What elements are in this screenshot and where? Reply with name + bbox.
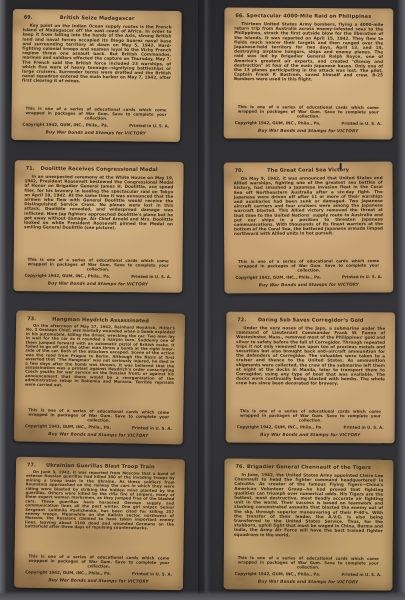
printed-in-usa-text: Printed in U. S. A. — [344, 425, 384, 430]
card-body-text: On the afternoon of May 27, 1942, Reinha… — [25, 324, 175, 390]
victory-slogan: Buy War Bonds and Stamps for VICTORY — [234, 578, 383, 584]
victory-slogan: Buy War Bonds and Stamps for VICTORY — [234, 282, 383, 288]
card-body-text: On May 9, 1942, it was announced that Un… — [234, 176, 383, 237]
sleeve-center-seam — [198, 0, 213, 600]
series-note: This is one of a series of educational c… — [24, 554, 173, 570]
card-header: 76. Brigadier General Chennault of the T… — [234, 464, 383, 471]
series-note: This is one of a series of educational c… — [236, 409, 385, 423]
card-73-hangman-heydrich-assassinated: 73. Hangman Heydrich Assassinated On the… — [14, 310, 185, 444]
card-body-text: On June 3, 1942, it was reported from Mo… — [25, 470, 175, 531]
card-77-ukrainian-guerillas-troop-train: 77. Ukrainian Guerillas Blast Troop Trai… — [14, 457, 185, 591]
card-footer: This is one of a series of educational c… — [23, 257, 172, 287]
card-footer: This is one of a series of educational c… — [21, 106, 170, 136]
card-footer: This is one of a series of educational c… — [24, 554, 173, 584]
card-body-text: In an unexpected ceremony at the White H… — [24, 174, 174, 231]
card-body-text: In June, 1942, the United States Army ap… — [234, 472, 384, 538]
card-number: 71. — [26, 166, 35, 172]
card-body-text: Key point on the Indian Ocean supply rou… — [22, 23, 172, 85]
printed-in-usa-text: Printed in U. S. A. — [341, 121, 381, 126]
card-body-text: Thirteen United States Army bombers, fly… — [234, 22, 383, 83]
printed-in-usa-text: Printed in U. S. A. — [341, 572, 381, 577]
card-album-page: 69. British Seize Madagascar Key point o… — [0, 0, 405, 600]
printed-in-usa-text: Printed in U. S. A. — [129, 123, 169, 128]
series-note: This is one of a series of educational c… — [24, 408, 173, 424]
card-title: Doolittle Receives Congressional Medal — [25, 166, 174, 173]
series-note: This is one of a series of educational c… — [24, 257, 173, 272]
card-footer: This is one of a series of educational c… — [24, 408, 174, 439]
copyright-text: Copyright 1942, GUM, INC., Phila., Pa. — [235, 571, 321, 576]
series-note: This is one of a series of educational c… — [21, 106, 170, 121]
series-note: This is one of a series of educational c… — [234, 555, 383, 570]
card-header: 70. The Great Coral Sea Victory — [234, 167, 383, 173]
card-footer: This is one of a series of educational c… — [236, 409, 385, 438]
card-number: 72. — [237, 317, 246, 323]
victory-slogan: Buy War Bonds and Stamps for VICTORY — [24, 577, 173, 584]
card-header: 71. Doolittle Receives Congressional Med… — [25, 166, 174, 173]
card-header: 69. British Seize Madagascar — [23, 15, 172, 22]
card-title: British Seize Madagascar — [23, 15, 172, 22]
card-title: The Great Coral Sea Victory — [234, 167, 383, 173]
card-66-spectacular-raid-philippines: 66. Spectacular 4000-Mile Raid on Philip… — [224, 7, 394, 139]
card-footer: This is one of a series of educational c… — [234, 259, 383, 288]
copyright-text: Copyright 1942, GUM, INC., Phila., Pa. — [25, 424, 111, 430]
card-footer: This is one of a series of educational c… — [234, 105, 383, 134]
copyright-text: Copyright 1942, GUM, INC., Phila., Pa. — [24, 273, 110, 278]
victory-slogan: Buy War Bonds and Stamps for VICTORY — [23, 280, 172, 287]
card-number: 70. — [235, 168, 244, 174]
sleeve-right-edge — [397, 0, 405, 600]
victory-slogan: Buy War Bonds and Stamps for VICTORY — [234, 128, 383, 134]
printed-in-usa-text: Printed in U. S. A. — [342, 275, 382, 280]
printed-in-usa-text: Printed in U. S. A. — [132, 426, 172, 431]
card-70-great-coral-sea-victory: 70. The Great Coral Sea Victory On May 9… — [224, 161, 394, 293]
card-title: Daring Sub Saves Corregidor's Gold — [236, 317, 385, 323]
copyright-text: Copyright 1942, GUM, INC., Phila., Pa. — [237, 425, 323, 430]
copyright-text: Copyright 1942, GUM, INC., Phila., Pa. — [235, 275, 321, 280]
card-number: 77. — [27, 462, 36, 468]
series-note: This is one of a series of educational c… — [234, 105, 383, 119]
printed-in-usa-text: Printed in U. S. A. — [131, 274, 171, 279]
card-76-brigadier-general-chennault: 76. Brigadier General Chennault of the T… — [223, 458, 393, 590]
card-number: 69. — [24, 15, 33, 21]
card-title: Brigadier General Chennault of the Tiger… — [234, 464, 383, 471]
copyright-text: Copyright 1942, GUM, INC., Phila., Pa. — [25, 570, 111, 576]
card-71-doolittle-congressional-medal: 71. Doolittle Receives Congressional Med… — [13, 160, 183, 293]
card-header: 72. Daring Sub Saves Corregidor's Gold — [236, 317, 385, 323]
card-number: 66. — [235, 13, 244, 19]
card-footer: This is one of a series of educational c… — [234, 555, 383, 584]
printed-in-usa-text: Printed in U. S. A. — [132, 572, 172, 577]
card-72-daring-sub-saves-gold: 72. Daring Sub Saves Corregidor's Gold U… — [226, 312, 396, 444]
copyright-text: Copyright 1942, GUM, INC., Phila., Pa. — [235, 121, 321, 126]
victory-slogan: Buy War Bonds and Stamps for VICTORY — [236, 432, 385, 438]
card-title: Spectacular 4000-Mile Raid on Philippine… — [234, 13, 383, 19]
card-number: 76. — [235, 464, 244, 470]
sleeve-left-edge — [0, 0, 7, 600]
series-note: This is one of a series of educational c… — [234, 259, 383, 273]
copyright-text: Copyright 1942, GUM, INC., Phila., Pa. — [22, 122, 108, 128]
card-body-text: Under the very noses of the Japs, a subm… — [236, 326, 385, 386]
card-header: 66. Spectacular 4000-Mile Raid on Philip… — [234, 13, 383, 19]
sleeve-bottom-edge — [0, 591, 405, 600]
card-number: 73. — [27, 316, 36, 322]
card-69-british-seize-madagascar: 69. British Seize Madagascar Key point o… — [11, 9, 182, 142]
victory-slogan: Buy War Bonds and Stamps for VICTORY — [21, 129, 170, 136]
victory-slogan: Buy War Bonds and Stamps for VICTORY — [24, 431, 173, 439]
